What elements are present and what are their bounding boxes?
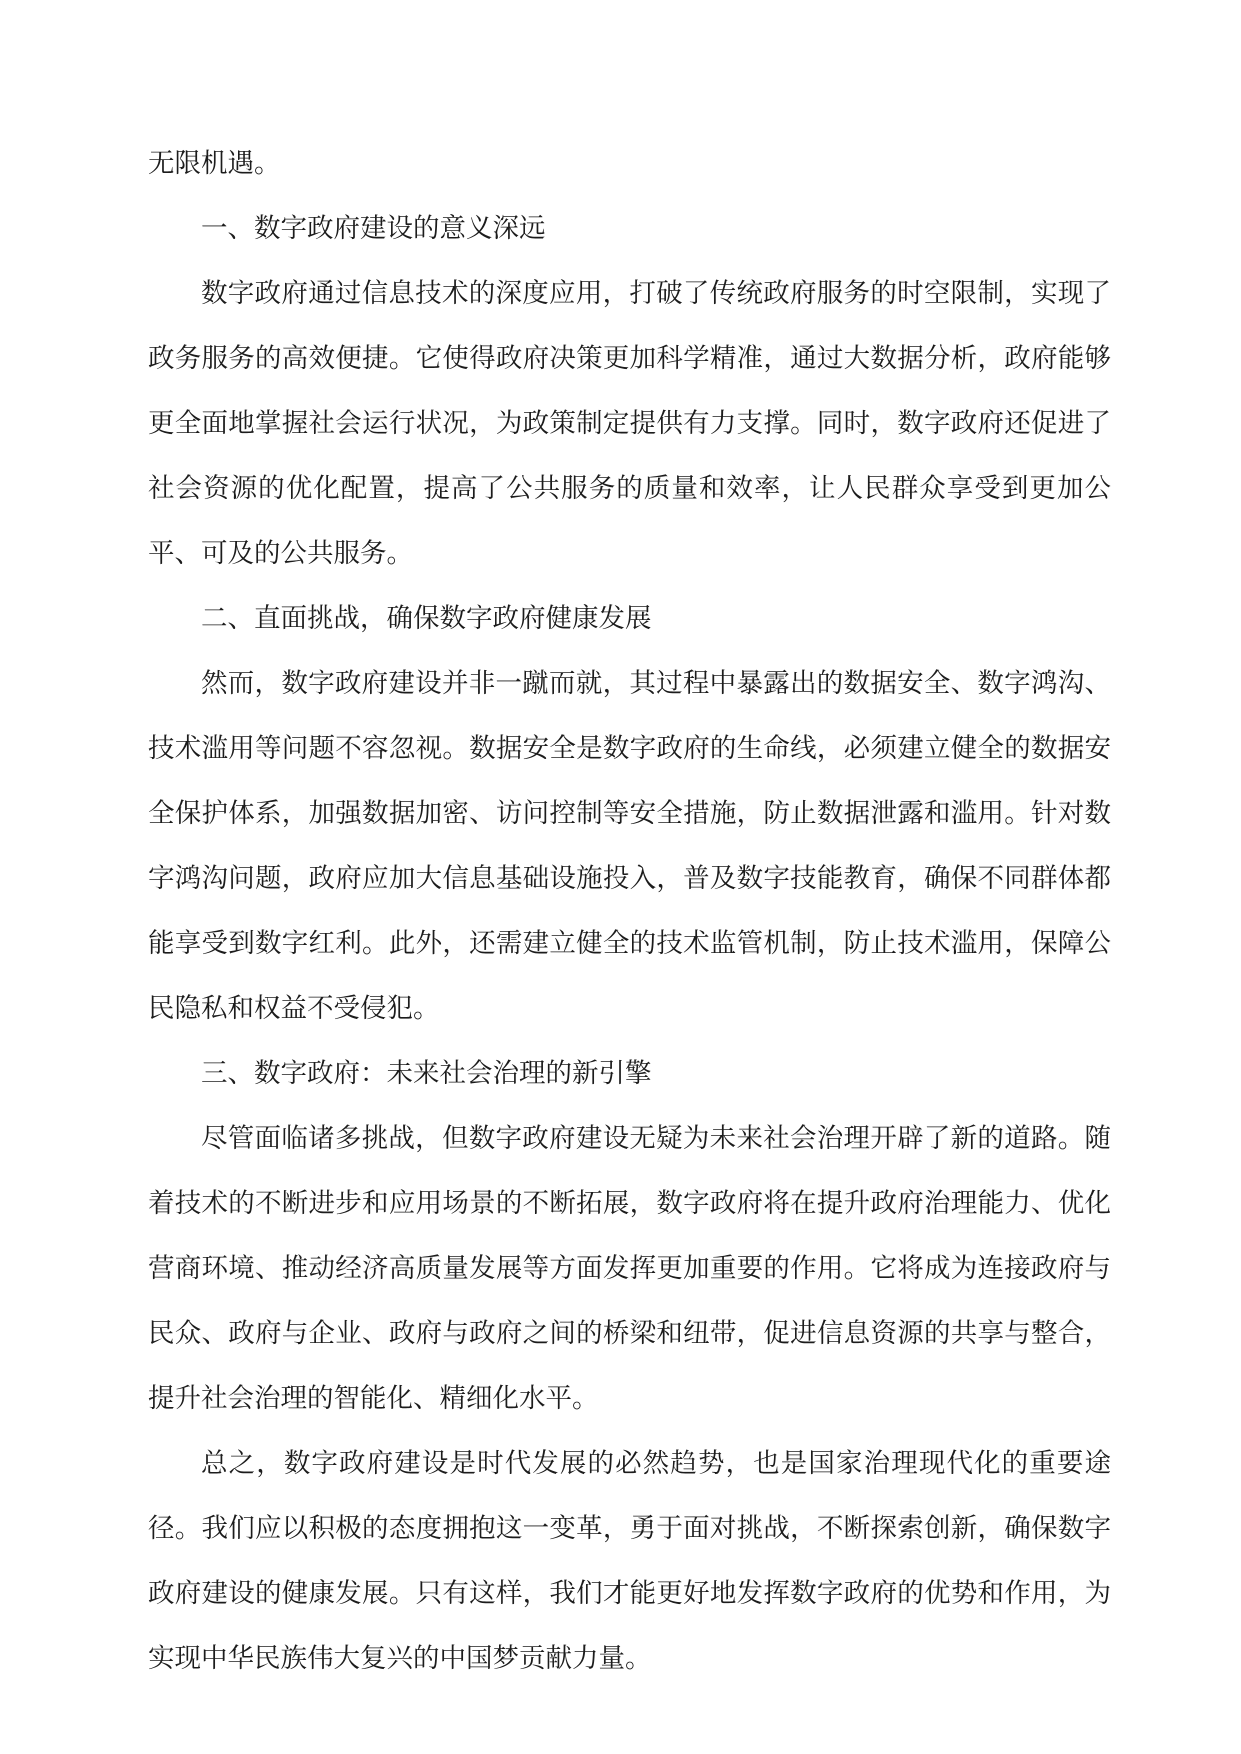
paragraph-section-2-body: 然而，数字政府建设并非一蹴而就，其过程中暴露出的数据安全、数字鸿沟、技术滥用等问… bbox=[148, 651, 1111, 1041]
paragraph-continuation: 无限机遇。 bbox=[148, 131, 1111, 196]
section-heading-2: 二、直面挑战，确保数字政府健康发展 bbox=[148, 586, 1111, 651]
paragraph-section-1-body: 数字政府通过信息技术的深度应用，打破了传统政府服务的时空限制，实现了政务服务的高… bbox=[148, 261, 1111, 586]
section-heading-1: 一、数字政府建设的意义深远 bbox=[148, 196, 1111, 261]
document-page: 无限机遇。 一、数字政府建设的意义深远 数字政府通过信息技术的深度应用，打破了传… bbox=[0, 0, 1241, 1754]
paragraph-section-3-body: 尽管面临诸多挑战，但数字政府建设无疑为未来社会治理开辟了新的道路。随着技术的不断… bbox=[148, 1106, 1111, 1431]
section-heading-3: 三、数字政府：未来社会治理的新引擎 bbox=[148, 1041, 1111, 1106]
paragraph-conclusion: 总之，数字政府建设是时代发展的必然趋势，也是国家治理现代化的重要途径。我们应以积… bbox=[148, 1431, 1111, 1691]
